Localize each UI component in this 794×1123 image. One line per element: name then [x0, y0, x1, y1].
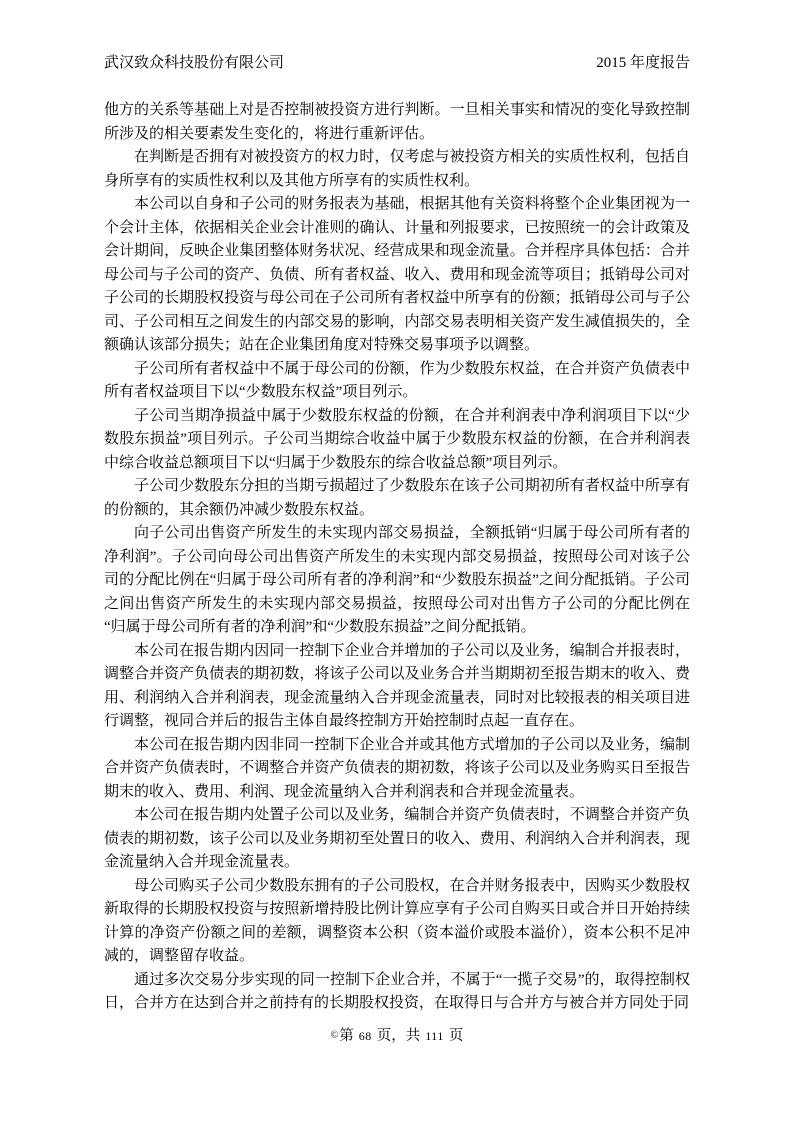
paragraph: 本公司在报告期内因同一控制下企业合并增加的子公司以及业务，编制合并报表时，调整合… [104, 640, 690, 734]
paragraph: 本公司以自身和子公司的财务报表为基础，根据其他有关资料将整个企业集团视为一个会计… [104, 193, 690, 358]
footer-page-suffix: 页 [449, 1028, 464, 1044]
page-footer: ©第68页，共111页 [0, 1026, 794, 1046]
paragraph: 本公司在报告期内处置子公司以及业务，编制合并资产负债表时，不调整合并资产负债表的… [104, 804, 690, 875]
paragraph: 母公司购买子公司少数股东拥有的子公司股权，在合并财务报表中，因购买少数股权新取得… [104, 875, 690, 969]
footer-page-middle: 页，共 [377, 1028, 421, 1044]
document-page: 武汉致众科技股份有限公司 2015 年度报告 他方的关系等基础上对是否控制被投资… [0, 0, 794, 1123]
copyright-icon: © [331, 1030, 339, 1041]
paragraph: 他方的关系等基础上对是否控制被投资方进行判断。一旦相关事实和情况的变化导致控制所… [104, 99, 690, 146]
paragraph: 子公司所有者权益中不属于母公司的份额，作为少数股东权益，在合并资产负债表中所有者… [104, 358, 690, 405]
header-company-name: 武汉致众科技股份有限公司 [104, 53, 284, 73]
header-report-title: 2015 年度报告 [596, 53, 690, 73]
paragraph: 子公司当期净损益中属于少数股东权益的份额，在合并利润表中净利润项目下以“少数股东… [104, 405, 690, 476]
paragraph: 向子公司出售资产所发生的未实现内部交易损益，全额抵销“归属于母公司所有者的净利润… [104, 522, 690, 640]
page-header: 武汉致众科技股份有限公司 2015 年度报告 [104, 53, 690, 73]
document-body: 他方的关系等基础上对是否控制被投资方进行判断。一旦相关事实和情况的变化导致控制所… [104, 99, 690, 1016]
footer-total-pages: 111 [425, 1029, 444, 1043]
footer-page-prefix: 第 [339, 1028, 354, 1044]
paragraph: 本公司在报告期内因非同一控制下企业合并或其他方式增加的子公司以及业务，编制合并资… [104, 734, 690, 805]
paragraph: 子公司少数股东分担的当期亏损超过了少数股东在该子公司期初所有者权益中所享有的份额… [104, 475, 690, 522]
footer-current-page: 68 [359, 1029, 372, 1043]
paragraph: 通过多次交易分步实现的同一控制下企业合并，不属于“一揽子交易”的，取得控制权日，… [104, 969, 690, 1016]
paragraph: 在判断是否拥有对被投资方的权力时，仅考虑与被投资方相关的实质性权利，包括自身所享… [104, 146, 690, 193]
